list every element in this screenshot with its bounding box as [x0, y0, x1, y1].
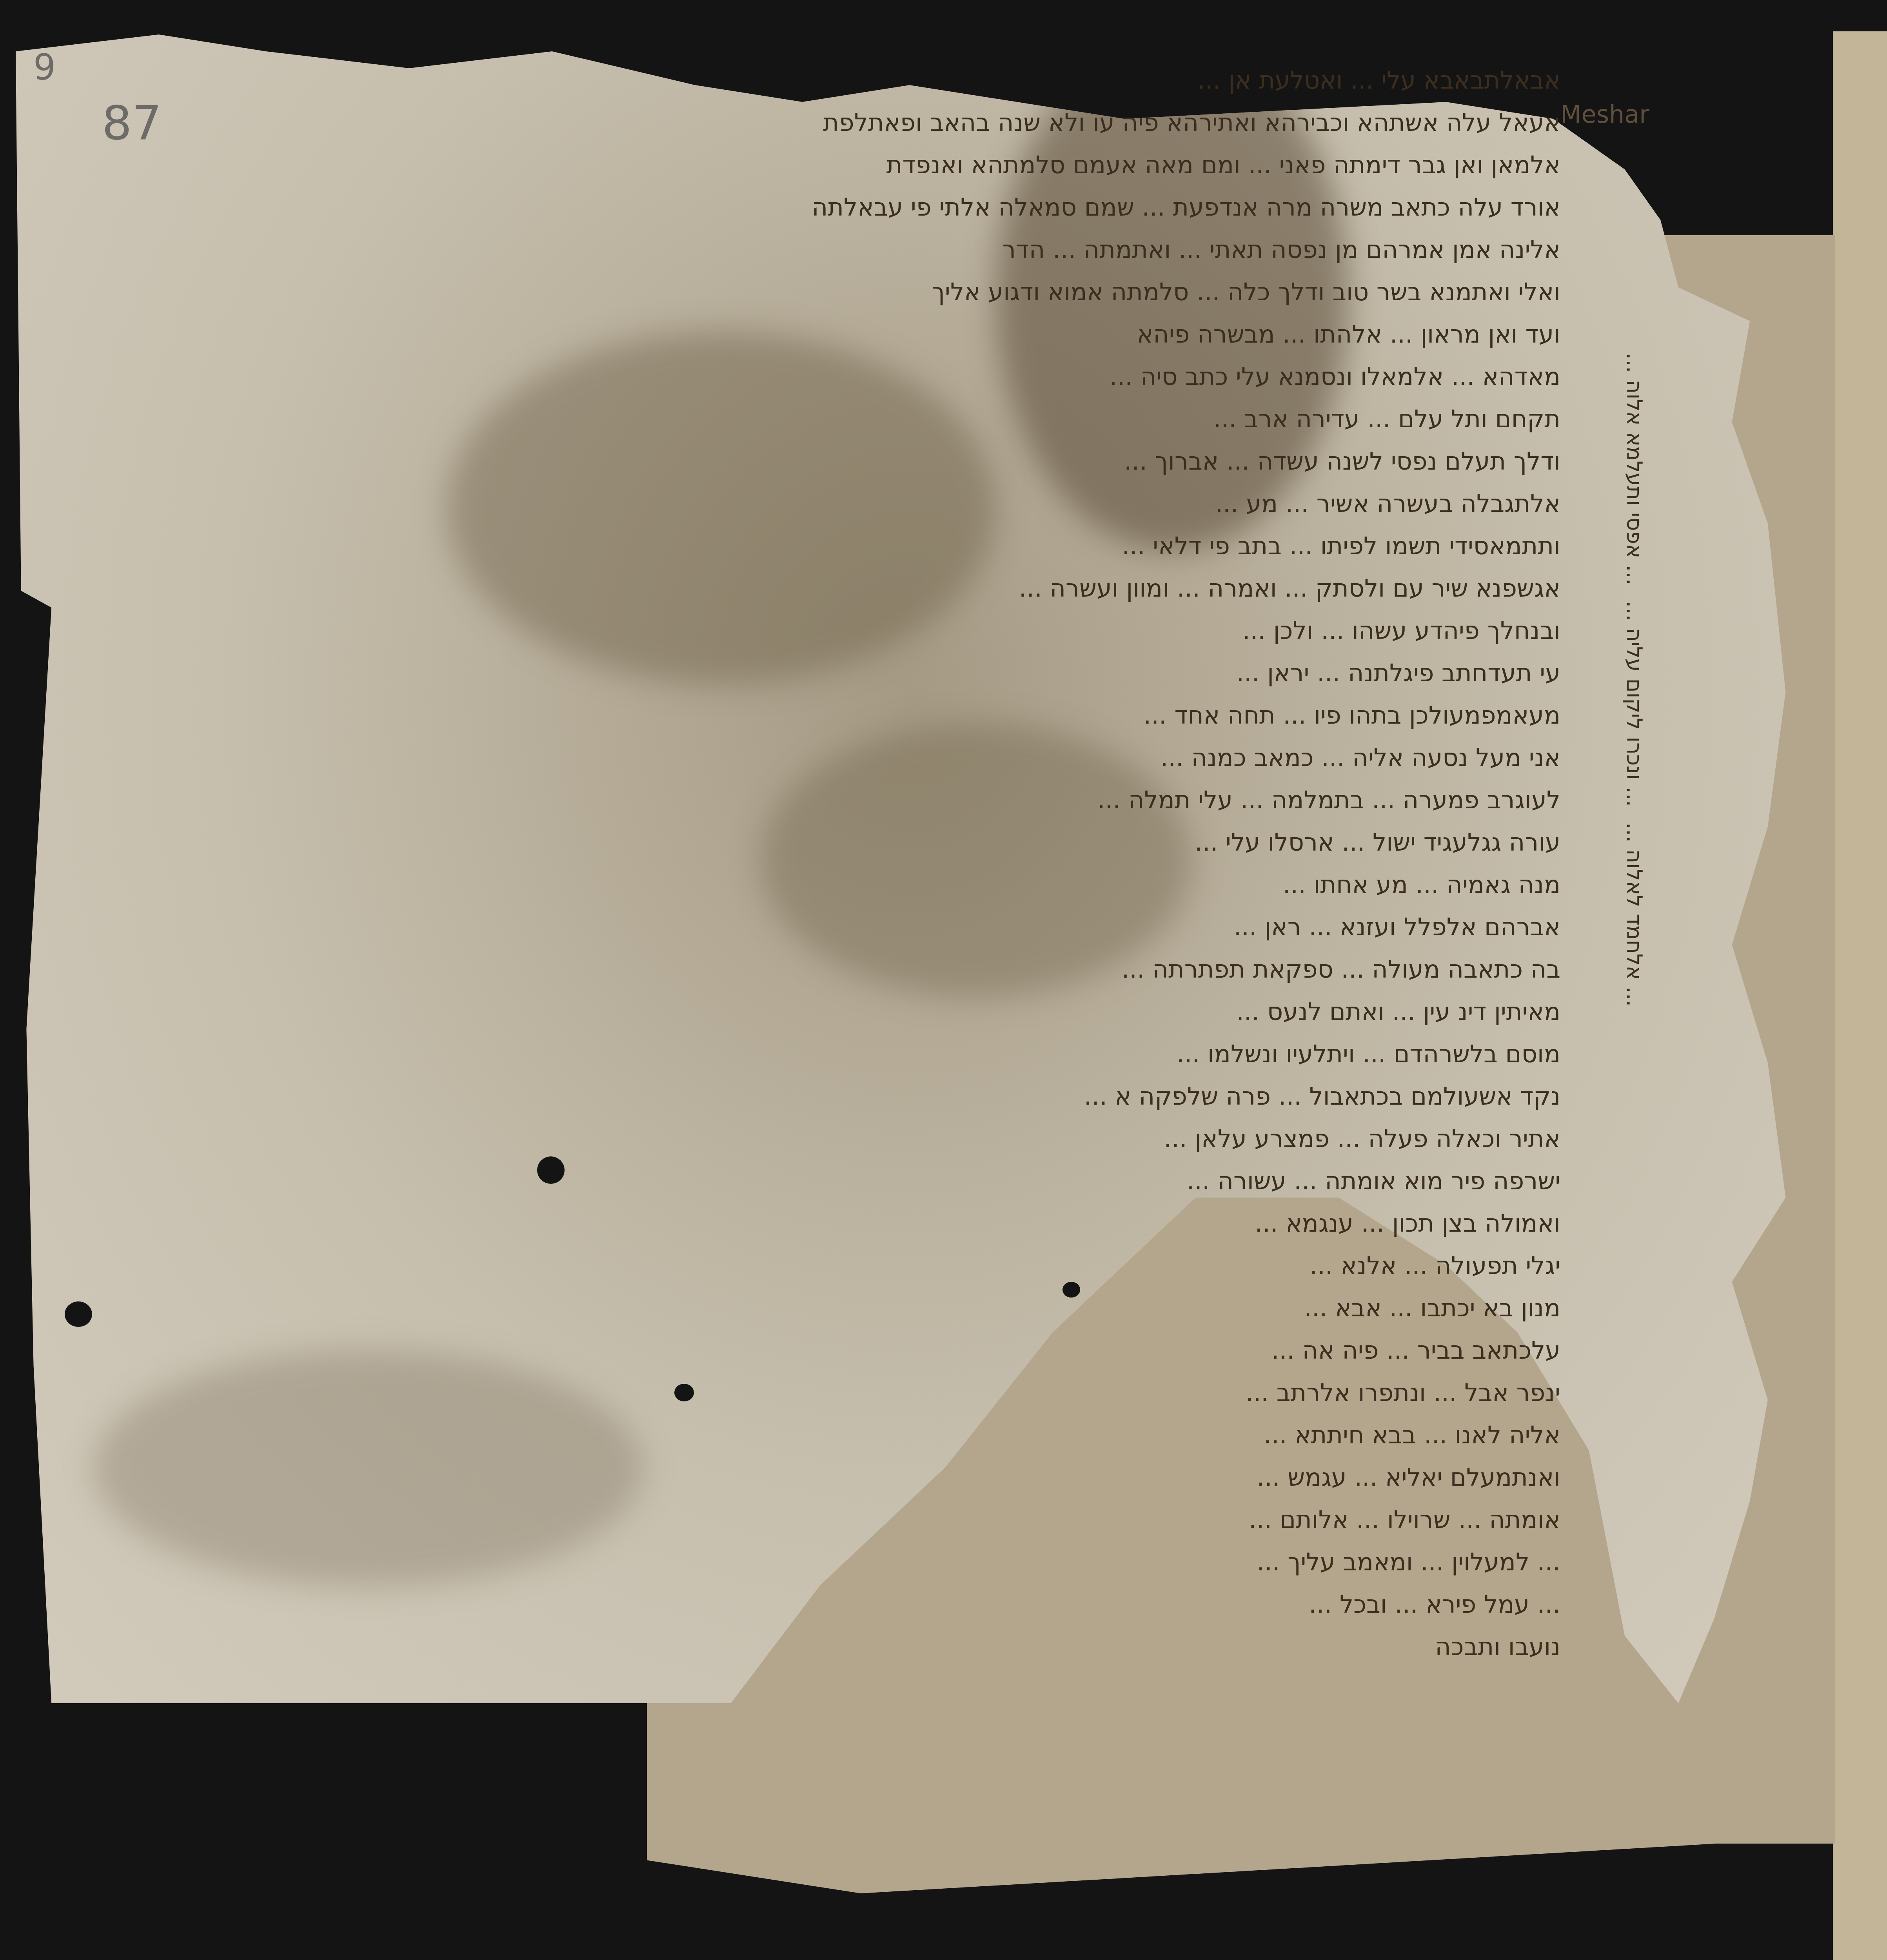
- text-line: ועד ואן מראון ... אלהתו ... מבשרה פיהא: [31, 313, 1560, 355]
- hole: [537, 1156, 565, 1184]
- text-line: אליה לאנו ... בבא חיתתא ...: [361, 1414, 1560, 1456]
- text-line: ישרפה פיר מוא אומתה ... עשורה ...: [31, 1160, 1560, 1202]
- hole: [65, 1301, 92, 1327]
- text-line: אברהם אלפלל ועזנא ... ראן ...: [31, 906, 1560, 948]
- text-line: מאדהא ... אלמאלו ונסמנא עלי כתב סיה ...: [31, 355, 1560, 397]
- text-line: נועבו ותבכה: [910, 1625, 1560, 1668]
- text-line: ובנחלך פיהדע עשהו ... ולכן ...: [31, 609, 1560, 652]
- text-line: ... עמל פירא ... ובכל ...: [800, 1583, 1560, 1625]
- text-line: אגשפנא שיר עם ולסתק ... ואמרה ... ומוון …: [31, 567, 1560, 609]
- text-line: אלמאן ואן גבר דימתה פאני ... ומם מאה אעמ…: [31, 143, 1560, 186]
- text-line: מאיתין דינ עין ... ואתם לנעס ...: [31, 990, 1560, 1033]
- text-line: אעאל עלה אשתהא וכבירהא ואתירהא פיה עו ול…: [31, 101, 1560, 143]
- text-line: תקחם ותל עלם ... עדירה ארב ...: [31, 397, 1560, 440]
- text-line: יגלי תפעולה ... אלנא ...: [31, 1244, 1560, 1287]
- text-line: אומתה ... שרוילו ... אלותם ...: [580, 1498, 1560, 1541]
- backing-board-right: [1833, 31, 1887, 1960]
- text-line: מנה גאמיה ... מע אחתו ...: [31, 863, 1560, 906]
- text-line: אתיר וכאלה פעלה ... פמצרע עלאן ...: [31, 1117, 1560, 1160]
- text-line: ואמולה בצן תכון ... ענגמא ...: [31, 1202, 1560, 1244]
- text-line: ... למעלוין ... ומאמב עליך ...: [690, 1541, 1560, 1583]
- text-line: עלכתאב בביר ... פיה אה ...: [141, 1329, 1560, 1371]
- margin-line: ... אלחמד לאלוה ...: [1521, 822, 1647, 1007]
- text-line: מוסם בלשרהדם ... ויתלעיו ונשלמו ...: [31, 1033, 1560, 1075]
- text-line: בה כתאבה מעולה ... ספקאת תפתרתה ...: [31, 948, 1560, 990]
- text-line: ותתמאסידי תשמו לפיתו ... בתב פי דלאי ...: [31, 524, 1560, 567]
- margin-line: ... אפסי ותעלמא אלוה ...: [1521, 353, 1647, 585]
- text-line: מעאמפמעולכן בתהו פיו ... תחה אחד ...: [31, 694, 1560, 736]
- text-block: אבאלתבאבא עלי ... ואטלעת אן ...אעאל עלה …: [31, 59, 1560, 1668]
- text-line: נקד אשעולמם בכתאבול ... פרה שלפקה א ...: [31, 1075, 1560, 1117]
- text-line: אלתגבלה בעשרה אשיר ... מע ...: [31, 482, 1560, 524]
- text-line: אבאלתבאבא עלי ... ואטלעת אן ...: [31, 59, 1560, 101]
- hole: [1062, 1282, 1080, 1298]
- text-line: עורה גגלעגיד ישול ... ארסלו עלי ...: [31, 821, 1560, 863]
- text-line: לעוגרב פמערה ... בתמלמה ... עלי תמלה ...: [31, 779, 1560, 821]
- text-line: אורד עלה כתאב משרה מרה אנדפעת ... שמם סמ…: [31, 186, 1560, 228]
- text-line: אני מעל נסעה אליה ... כמאב כמנה ...: [31, 736, 1560, 779]
- text-line: ואלי ואתמנא בשר טוב ודלך כלה ... סלמתה א…: [31, 270, 1560, 313]
- top-right-note: Meshar: [1560, 100, 1649, 129]
- margin-text: ... אפסי ותעלמא אלוה ...... ונכרו ליקום …: [1521, 353, 1647, 1490]
- text-line: אלינה אמן אמרהם מן נפסה תאתי ... ואתמתה …: [31, 228, 1560, 270]
- text-line: ואנתמעלם יאליא ... עגמש ...: [470, 1456, 1560, 1498]
- text-line: מנון בא יכתבו ... אבא ...: [31, 1287, 1560, 1329]
- hole: [674, 1384, 694, 1401]
- text-line: עי תעדחתב פיגלתנה ... יראן ...: [31, 652, 1560, 694]
- margin-line: ... ונכרו ליקום עליה ...: [1521, 601, 1647, 807]
- text-line: ודלך תעלם נפסי לשנה עשדה ... אברוך ...: [31, 440, 1560, 482]
- text-line: ינפר אבל ... ונתפרו אלרתב ...: [251, 1371, 1560, 1414]
